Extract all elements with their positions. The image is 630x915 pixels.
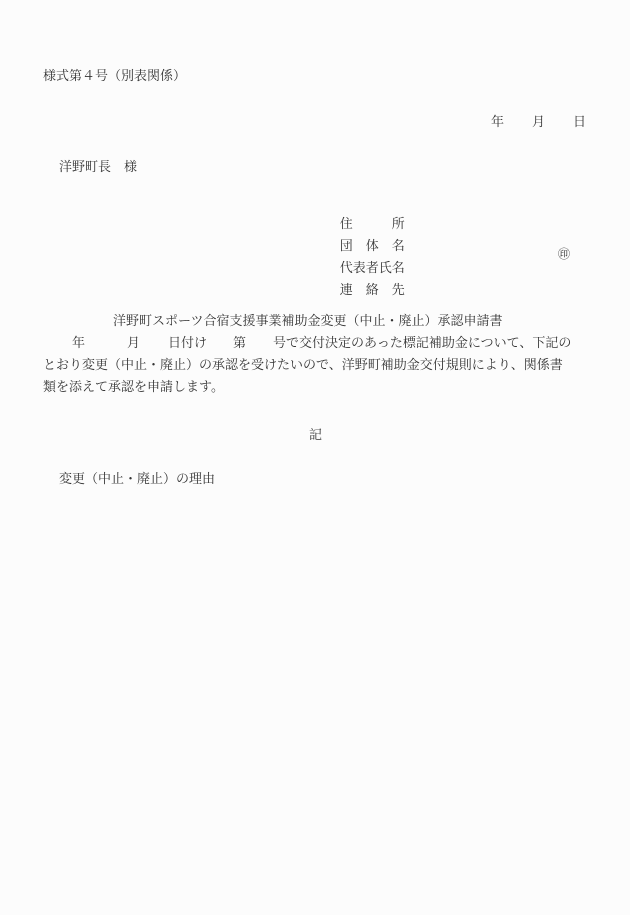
seal-icon: ㊞: [558, 248, 570, 260]
body-date-suffix: 日付け: [168, 337, 207, 350]
reason-heading: 変更（中止・廃止）の理由: [59, 473, 215, 486]
applicant-contact-row: 連 絡 先: [315, 271, 405, 310]
form-number: 様式第４号（別表関係）: [43, 70, 186, 83]
body-month: 月: [127, 337, 140, 350]
body-year: 年: [72, 337, 85, 350]
body-line1-rest: 号で交付決定のあった標記補助金について、下記の: [273, 337, 571, 350]
document-title: 洋野町スポーツ合宿支援事業補助金変更（中止・廃止）承認申請書: [113, 315, 502, 328]
body-line3: 類を添えて承認を申請します。: [43, 381, 224, 394]
contact-label: 連 絡 先: [340, 284, 405, 297]
body-line2: とおり変更（中止・廃止）の承認を受けたいので、洋野町補助金交付規則により、関係書: [43, 359, 563, 372]
date-year-label: 年: [491, 116, 504, 129]
body-number-prefix: 第: [233, 337, 246, 350]
date-month-label: 月: [532, 116, 545, 129]
date-day-label: 日: [573, 116, 586, 129]
addressee: 洋野町長 様: [59, 161, 137, 174]
ki-heading: 記: [309, 429, 322, 442]
